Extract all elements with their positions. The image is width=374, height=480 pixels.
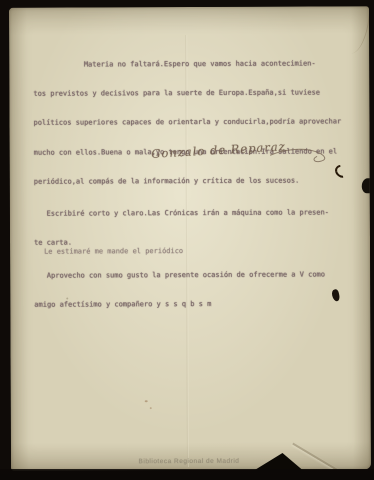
bottom-right-fold-crease [293, 443, 361, 471]
typed-line: amigo afectísimo y compañero y s s q b s… [34, 299, 356, 310]
paper-speck [145, 400, 148, 402]
typed-line: políticos superiores capaces de orientar… [33, 118, 355, 129]
letter-paper: Materia no faltará.Espero que vamos haci… [9, 6, 371, 471]
signature-text: Gonzalo de Reparaz [151, 139, 286, 161]
postscript-line: Le estimaré me mande el periódico [44, 247, 183, 256]
typed-line: Aprovecho con sumo gusto la presente oca… [34, 270, 356, 281]
letter-body: Materia no faltará.Espero que vamos haci… [33, 39, 356, 330]
edge-tear-mark [362, 178, 371, 193]
library-stamp: Biblioteca Regional de Madrid [139, 458, 240, 465]
typed-line: tos previstos y decisivos para la suerte… [33, 88, 355, 99]
paper-speck [150, 407, 152, 409]
scan-background: Materia no faltará.Espero que vamos haci… [0, 0, 374, 480]
scan-bottom-edge [0, 469, 374, 480]
typed-line: Escribiré corto y claro.Las Crónicas irá… [34, 208, 356, 219]
signature-flourish [269, 145, 332, 168]
scanned-letter-page: { "document": { "kind": "typewritten-let… [0, 0, 374, 480]
paper-speck [66, 298, 68, 300]
typed-line: Materia no faltará.Espero que vamos haci… [33, 59, 355, 70]
